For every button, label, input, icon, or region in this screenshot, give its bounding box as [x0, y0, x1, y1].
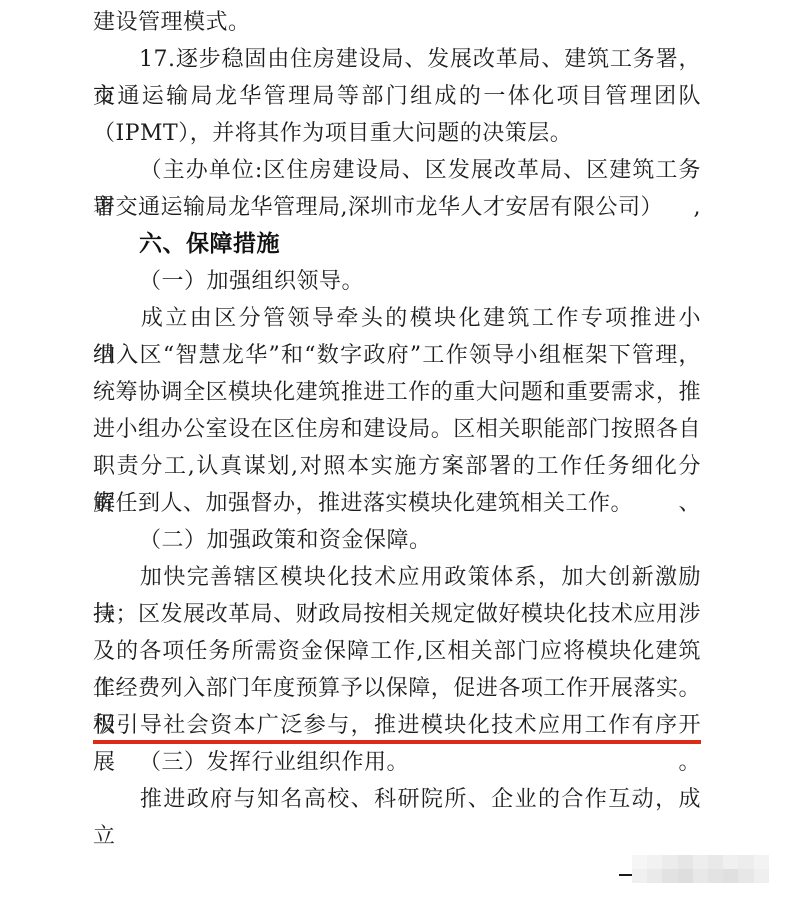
text-line: 加快完善辖区模块化技术应用政策体系，加大创新激励扶: [93, 559, 701, 596]
text-line: 作经费列入部门年度预算予以保障，促进各项工作开展落实。积: [93, 670, 701, 707]
mosaic-block: [693, 855, 708, 869]
section-heading: 六、保障措施: [93, 226, 701, 263]
text-line: 职责分工,认真谋划,对照本实施方案部署的工作任务细化分解、: [93, 448, 701, 485]
text-line: 推进政府与知名高校、科研院所、企业的合作互动，成立: [93, 781, 701, 818]
mosaic-block: [754, 855, 769, 869]
text-line: （IPMT），并将其作为项目重大问题的决策层。: [93, 115, 701, 152]
mosaic-block: [678, 855, 693, 869]
text-line: 交通运输局龙华管理局等部门组成的一体化项目管理团队: [93, 78, 701, 115]
text-line: 及的各项任务所需资金保障工作,区相关部门应将模块化建筑工: [93, 633, 701, 670]
text-line: 纳入区“智慧龙华”和“数字政府”工作领导小组框架下管理，: [93, 337, 701, 374]
text-line: （主办单位:区住房建设局、区发展改革局、区建筑工务署,: [93, 152, 701, 189]
first-line-indent: [93, 250, 139, 251]
mosaic-block: [662, 855, 677, 869]
text-line: （一）加强组织领导。: [93, 263, 701, 300]
mosaic-block: [693, 869, 708, 883]
mosaic-block: [708, 855, 723, 869]
text-line: （二）加强政策和资金保障。: [93, 522, 701, 559]
text-line: 持；区发展改革局、财政局按相关规定做好模块化技术应用涉: [93, 596, 701, 633]
mosaic-block: [647, 869, 662, 883]
text-line: 责任到人、加强督办，推进落实模块化建筑相关工作。: [93, 485, 701, 522]
text-line: 17.逐步稳固由住房建设局、发展改革局、建筑工务署，市: [93, 41, 701, 78]
first-line-indent: [93, 546, 139, 547]
mosaic-block: [632, 855, 647, 869]
first-line-indent: [93, 805, 139, 806]
first-line-indent: [93, 768, 139, 769]
text-line: 市交通运输局龙华管理局,深圳市龙华人才安居有限公司）: [93, 189, 701, 226]
document-lines: 建设管理模式。17.逐步稳固由住房建设局、发展改革局、建筑工务署，市交通运输局龙…: [93, 4, 701, 818]
mosaic-block: [632, 869, 647, 883]
mosaic-block: [738, 855, 753, 869]
mosaic-block: [738, 869, 753, 883]
text-line: 进小组办公室设在区住房和建设局。区相关职能部门按照各自: [93, 411, 701, 448]
mosaic-block: [647, 855, 662, 869]
mosaic-block: [754, 869, 769, 883]
censored-watermark-mosaic: [632, 855, 769, 883]
text-line: 建设管理模式。: [93, 4, 701, 41]
text-line: （三）发挥行业组织作用。: [93, 744, 701, 781]
text-line: 极引导社会资本广泛参与，推进模块化技术应用工作有序开展。: [93, 707, 701, 744]
text-line: 统筹协调全区模块化建筑推进工作的重大问题和重要需求，推: [93, 374, 701, 411]
mosaic-block: [662, 869, 677, 883]
mosaic-block: [708, 869, 723, 883]
first-line-indent: [93, 324, 139, 325]
first-line-indent: [93, 176, 139, 177]
mosaic-block: [678, 869, 693, 883]
mosaic-block: [723, 869, 738, 883]
page-footer: ᴗ: [0, 845, 791, 906]
mosaic-block: [723, 855, 738, 869]
first-line-indent: [93, 583, 139, 584]
first-line-indent: [93, 287, 139, 288]
first-line-indent: [93, 65, 139, 66]
text-line: 成立由区分管领导牵头的模块化建筑工作专项推进小组，: [93, 300, 701, 337]
document-page: 建设管理模式。17.逐步稳固由住房建设局、发展改革局、建筑工务署，市交通运输局龙…: [0, 0, 791, 906]
